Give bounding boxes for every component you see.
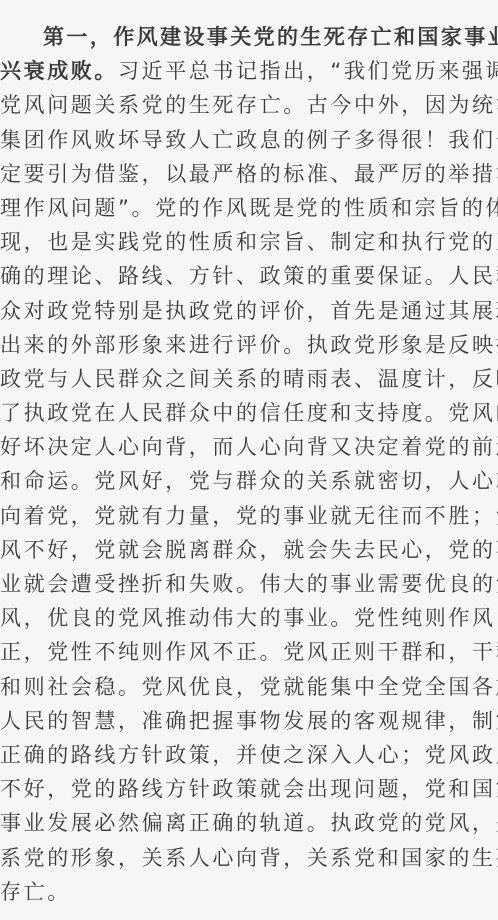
text-line: 存亡。: [0, 875, 498, 909]
text-line: 党风问题关系党的生死存亡。古今中外，因为统治: [0, 88, 498, 122]
text-line: 兴衰成败。习近平总书记指出，“我们党历来强调，: [0, 54, 498, 88]
text-line: 风不好，党就会脱离群众，就会失去民心，党的事: [0, 533, 498, 567]
text-line: 向着党，党就有力量，党的事业就无往而不胜；党: [0, 499, 498, 533]
text-line: 定要引为借鉴，以最严格的标准、最严厉的举措治: [0, 157, 498, 191]
text-line: 众对政党特别是执政党的评价，首先是通过其展现: [0, 294, 498, 328]
text-line: 政党与人民群众之间关系的晴雨表、温度计，反映: [0, 362, 498, 396]
text-line: 业就会遭受挫折和失败。伟大的事业需要优良的党: [0, 567, 498, 601]
quote-start: 习近平总书记指出，“我们党历来强调，: [118, 59, 498, 83]
text-line: 事业发展必然偏离正确的轨道。执政党的党风，关: [0, 806, 498, 840]
text-line: 理作风问题”。党的作风既是党的性质和宗旨的体: [0, 191, 498, 225]
text-line: 集团作风败坏导致人亡政息的例子多得很！我们一: [0, 123, 498, 157]
text-line: 好坏决定人心向背，而人心向背又决定着党的前途: [0, 430, 498, 464]
text-line: 系党的形象，关系人心向背，关系党和国家的生死: [0, 841, 498, 875]
text-line-heading: 第一，作风建设事关党的生死存亡和国家事业: [0, 20, 498, 54]
text-line: 和命运。党风好，党与群众的关系就密切，人心就: [0, 464, 498, 498]
text-line: 了执政党在人民群众中的信任度和支持度。党风的: [0, 396, 498, 430]
text-line: 确的理论、路线、方针、政策的重要保证。人民群: [0, 259, 498, 293]
text-line: 出来的外部形象来进行评价。执政党形象是反映执: [0, 328, 498, 362]
text-line: 正，党性不纯则作风不正。党风正则干群和，干群: [0, 635, 498, 669]
text-line: 不好，党的路线方针政策就会出现问题，党和国家: [0, 772, 498, 806]
heading-continuation: 兴衰成败。: [0, 59, 118, 83]
text-line: 风，优良的党风推动伟大的事业。党性纯则作风: [0, 601, 498, 635]
text-line: 正确的路线方针政策，并使之深入人心；党风政风: [0, 738, 498, 772]
text-line: 人民的智慧，准确把握事物发展的客观规律，制定: [0, 704, 498, 738]
text-line: 和则社会稳。党风优良，党就能集中全党全国各族: [0, 670, 498, 704]
article-body: 第一，作风建设事关党的生死存亡和国家事业 兴衰成败。习近平总书记指出，“我们党历…: [0, 20, 498, 909]
text-line: 现，也是实践党的性质和宗旨、制定和执行党的正: [0, 225, 498, 259]
